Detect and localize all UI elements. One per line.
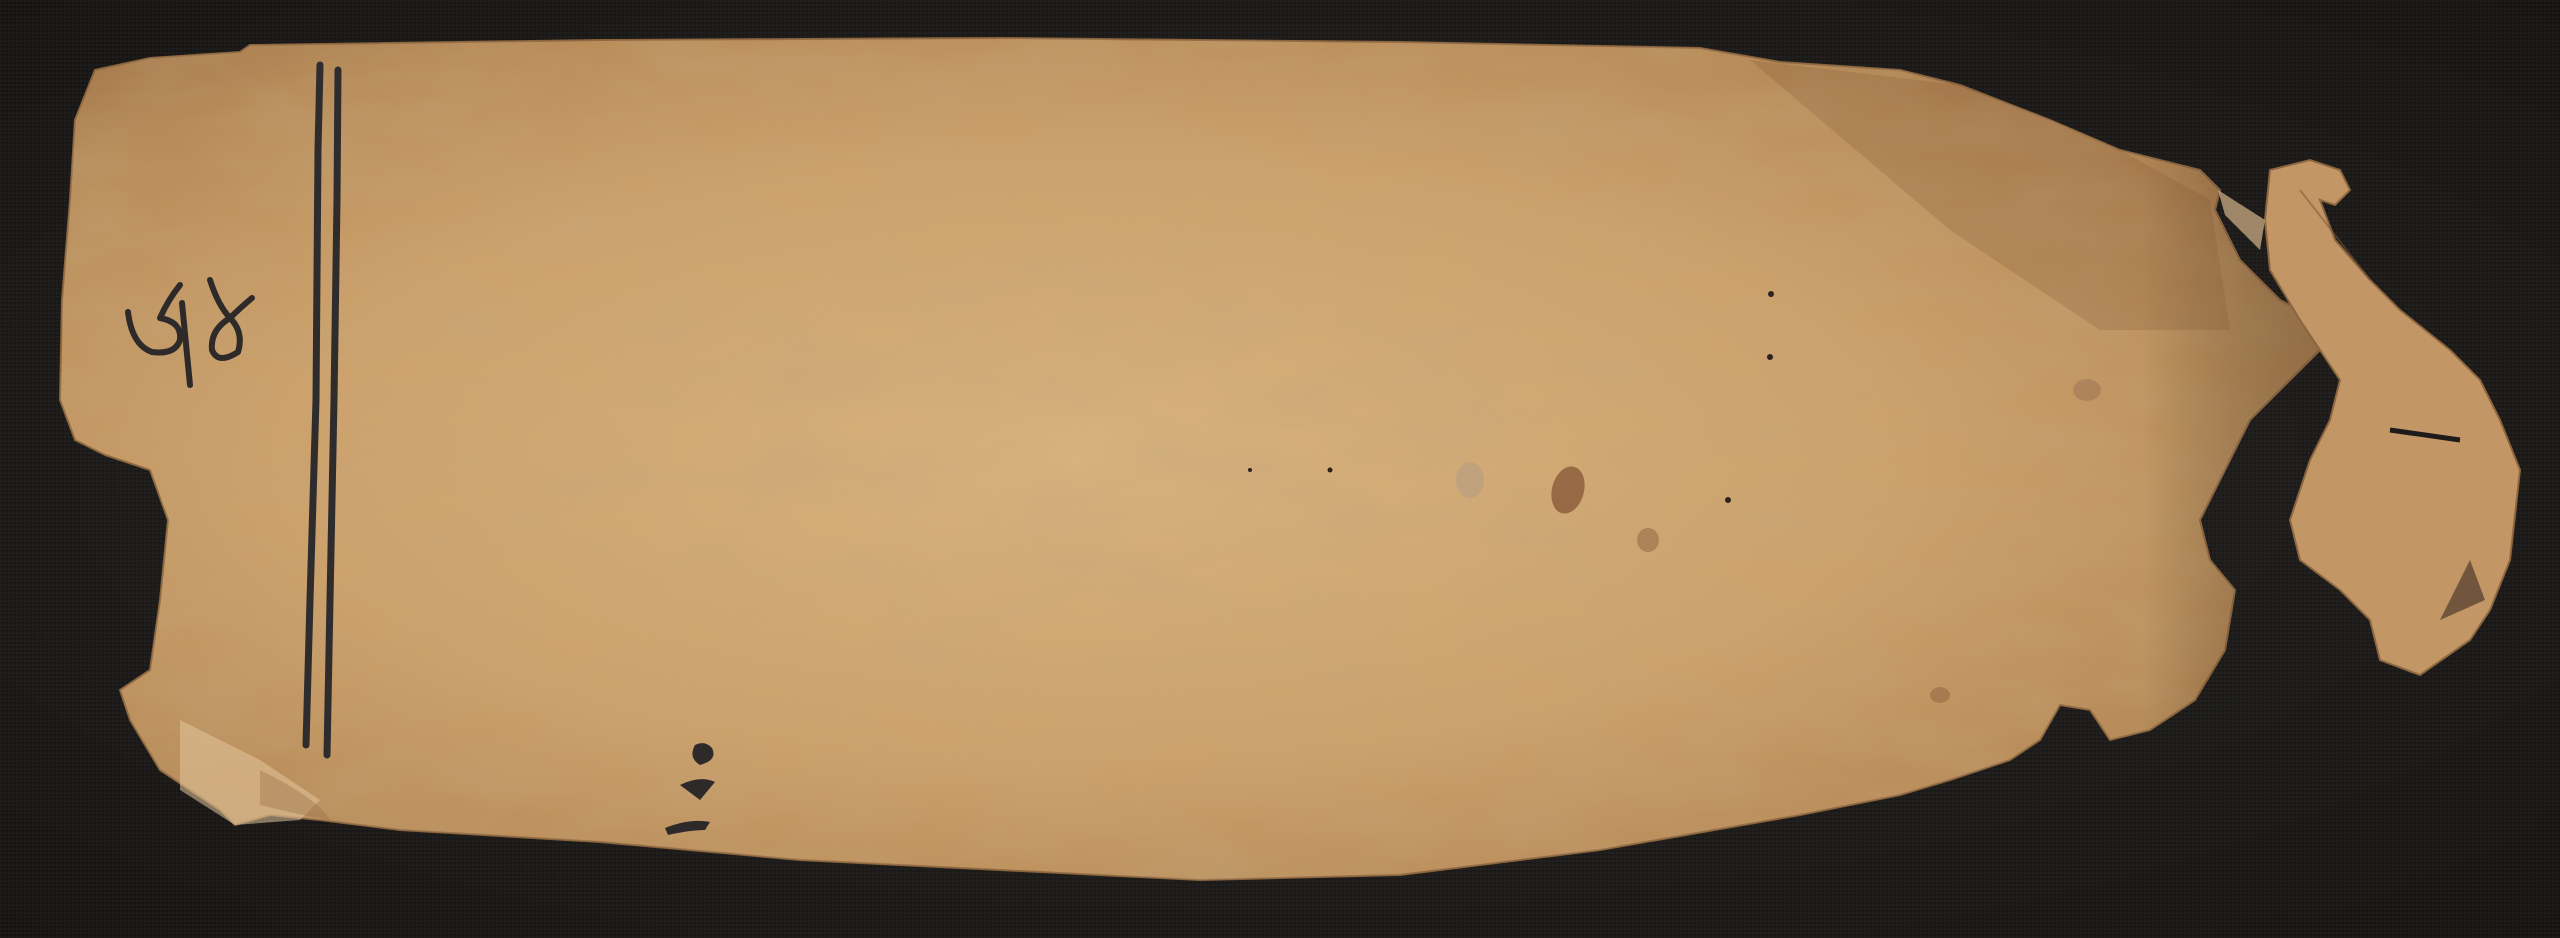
torn-flap <box>2218 160 2520 675</box>
manuscript-photo <box>0 0 2560 938</box>
folio-main <box>60 38 2330 880</box>
